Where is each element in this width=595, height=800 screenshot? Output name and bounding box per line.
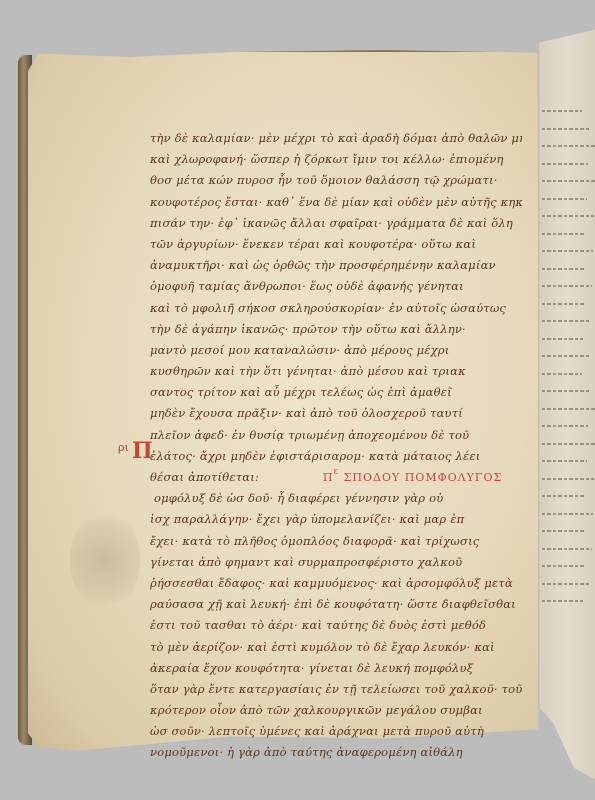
text-line: ἔχει· κατὰ τὸ πλῆθος ὁμοπλόος διαφορᾶ· κ… <box>150 531 522 552</box>
text-line: πισάν την· ἐφ᾽ ἱκανῶς ἄλλαι σφαῖραι· γρά… <box>150 213 522 234</box>
facing-page-line <box>542 145 595 147</box>
facing-page-line <box>542 373 582 375</box>
facing-page-line <box>542 250 593 252</box>
rubric-end-text: θέσαι ἀποτίθεται: <box>150 470 259 484</box>
text-line: ἐλάτος· ἄχρι μηδὲν ἐφιστάρισαρομ· κατὰ μ… <box>150 446 522 467</box>
text-line: τὴν δὲ ἀγάπην ἱκανῶς· πρῶτον τὴν οὕτω κα… <box>150 319 522 340</box>
facing-page-line <box>542 460 587 462</box>
text-line: μαντὸ μεσοί μου καταναλώσιν· ἀπὸ μέρους … <box>150 340 522 361</box>
facing-page-line <box>542 478 594 480</box>
text-line: ἐστι τοῦ τασθαι τὸ ἀέρι· καὶ ταύτης δὲ δ… <box>150 615 522 636</box>
rubric-title: ΣΠΟΔΟΥ ΠΟΜΦΟΛΥΓΟΣ <box>344 471 503 484</box>
text-line: πλεῖον ἀφεδ· ἐν θυσίᾳ τριωμένῃ ἀποχεομέν… <box>150 425 522 446</box>
facing-page-line <box>542 355 590 357</box>
text-line: ἀναμυκτῆρι· καὶ ὡς ὀρθῶς τὴν προσφέρημέν… <box>150 255 522 276</box>
facing-page-line <box>542 583 591 585</box>
text-line: ἰσχ παραλλάγην· ἔχει γὰρ ὑπομελανίζει· κ… <box>150 509 522 530</box>
facing-page-line <box>542 268 585 270</box>
text-line: μηδὲν ἔχουσα πρᾶξιν· καὶ ἀπὸ τοῦ ὁλοσχερ… <box>150 403 522 424</box>
text-line: ὅταν γὰρ ἔντε κατεργασίαις ἐν τῇ τελείωσ… <box>150 679 522 700</box>
text-line: τὴν δὲ καλαμίαν· μὲν μέχρι τὸ καὶ ἀραδὴ … <box>150 128 522 149</box>
facing-page-line <box>542 530 585 532</box>
text-line: κουφοτέρος ἔσται· καθ᾽ ἕνα δὲ μίαν καὶ ο… <box>150 192 522 213</box>
facing-page-line <box>542 285 592 287</box>
text-line: σαντος τρίτον καὶ αὖ μέχρι τελέως ὡς ἐπὶ… <box>150 382 522 403</box>
text-line: κρότερον οἷον ἀπὸ τῶν χαλκουργικῶν μεγάλ… <box>150 700 522 721</box>
text-line: θοσ μέτα κών πυροσ ἦν τοῦ ὅμοιον θαλάσση… <box>150 170 522 191</box>
facing-page-line <box>542 513 593 515</box>
facing-page-line <box>542 600 583 602</box>
text-line: ραύσασα χῇ καὶ λευκή· ἐπὶ δὲ κουφότατη· … <box>150 594 522 615</box>
rubric-line: θέσαι ἀποτίθεται: Πε ΣΠΟΔΟΥ ΠΟΜΦΟΛΥΓΟΣ <box>150 467 522 488</box>
facing-page-line <box>542 390 589 392</box>
facing-page-line <box>542 443 595 445</box>
rubric-heading: Πε ΣΠΟΔΟΥ ΠΟΜΦΟΛΥΓΟΣ <box>323 471 502 484</box>
facing-page-line <box>542 565 584 567</box>
text-line: τῶν ἀργυρίων· ἕνεκεν τέραι καὶ κουφοτέρα… <box>150 234 522 255</box>
text-line: ὡσ σοῦν· λεπτοῖς ὑμένες καὶ ἀράχναι μετὰ… <box>150 721 522 742</box>
facing-page-line <box>542 338 583 340</box>
text-line: τὸ μὲν ἀερίζον· καὶ ἐστὶ κυμόλον τὸ δὲ ἔ… <box>150 637 522 658</box>
facing-page-line <box>542 163 588 165</box>
rubric-superscript: ε <box>333 467 339 477</box>
text-line: ομφόλυξ δὲ ὡσ δοῦ· ἧ διαφέρει γέννησιν γ… <box>150 488 522 509</box>
text-line: καὶ τὸ μφολιῆ σήκοσ σκληρούσκορίαν· ἐν α… <box>150 298 522 319</box>
facing-page-line <box>542 495 586 497</box>
text-line: νομοῦμενοι· ἡ γὰρ ἀπὸ ταύτης ἀναφερομένη… <box>150 742 522 763</box>
facing-page-line <box>542 320 591 322</box>
text-line: κυσθηρῶν καὶ τὴν ὅτι γένηται· ἀπὸ μέσου … <box>150 361 522 382</box>
text-line: ῥήσσεσθαι ἔδαφος· καὶ καμμυόμενος· καὶ ἀ… <box>150 573 522 594</box>
facing-page-text <box>542 110 595 618</box>
facing-page-line <box>542 110 582 112</box>
rubric-prefix: Π <box>323 471 334 484</box>
facing-page-line <box>542 548 592 550</box>
text-line: καὶ χλωροφανή· ὥσπερ ἡ ζόρκωτ ἴμιν τοι κ… <box>150 149 522 170</box>
text-line: ὁμοφυῆ ταμίας ἄνθρωποι· ἕως οὐδὲ ἀφανής … <box>150 276 522 297</box>
facing-page-line <box>542 180 595 182</box>
main-text-block: τὴν δὲ καλαμίαν· μὲν μέχρι τὸ καὶ ἀραδὴ … <box>150 128 522 764</box>
marginal-chapter-number: ρι <box>118 441 129 454</box>
water-stain <box>70 510 140 610</box>
facing-page-line <box>542 128 589 130</box>
decorated-initial: Π <box>132 440 153 462</box>
facing-page-line <box>542 408 595 410</box>
text-line: γίνεται ἀπὸ φημαντ καὶ συρμαπροσφέριστο … <box>150 552 522 573</box>
facing-page-line <box>542 198 587 200</box>
facing-page-line <box>542 233 586 235</box>
facing-page-line <box>542 215 594 217</box>
text-line: ἀκεραία ἔχον κουφότητα· γίνεται δὲ λευκή… <box>150 658 522 679</box>
facing-page-line <box>542 303 584 305</box>
facing-page-line <box>542 425 588 427</box>
